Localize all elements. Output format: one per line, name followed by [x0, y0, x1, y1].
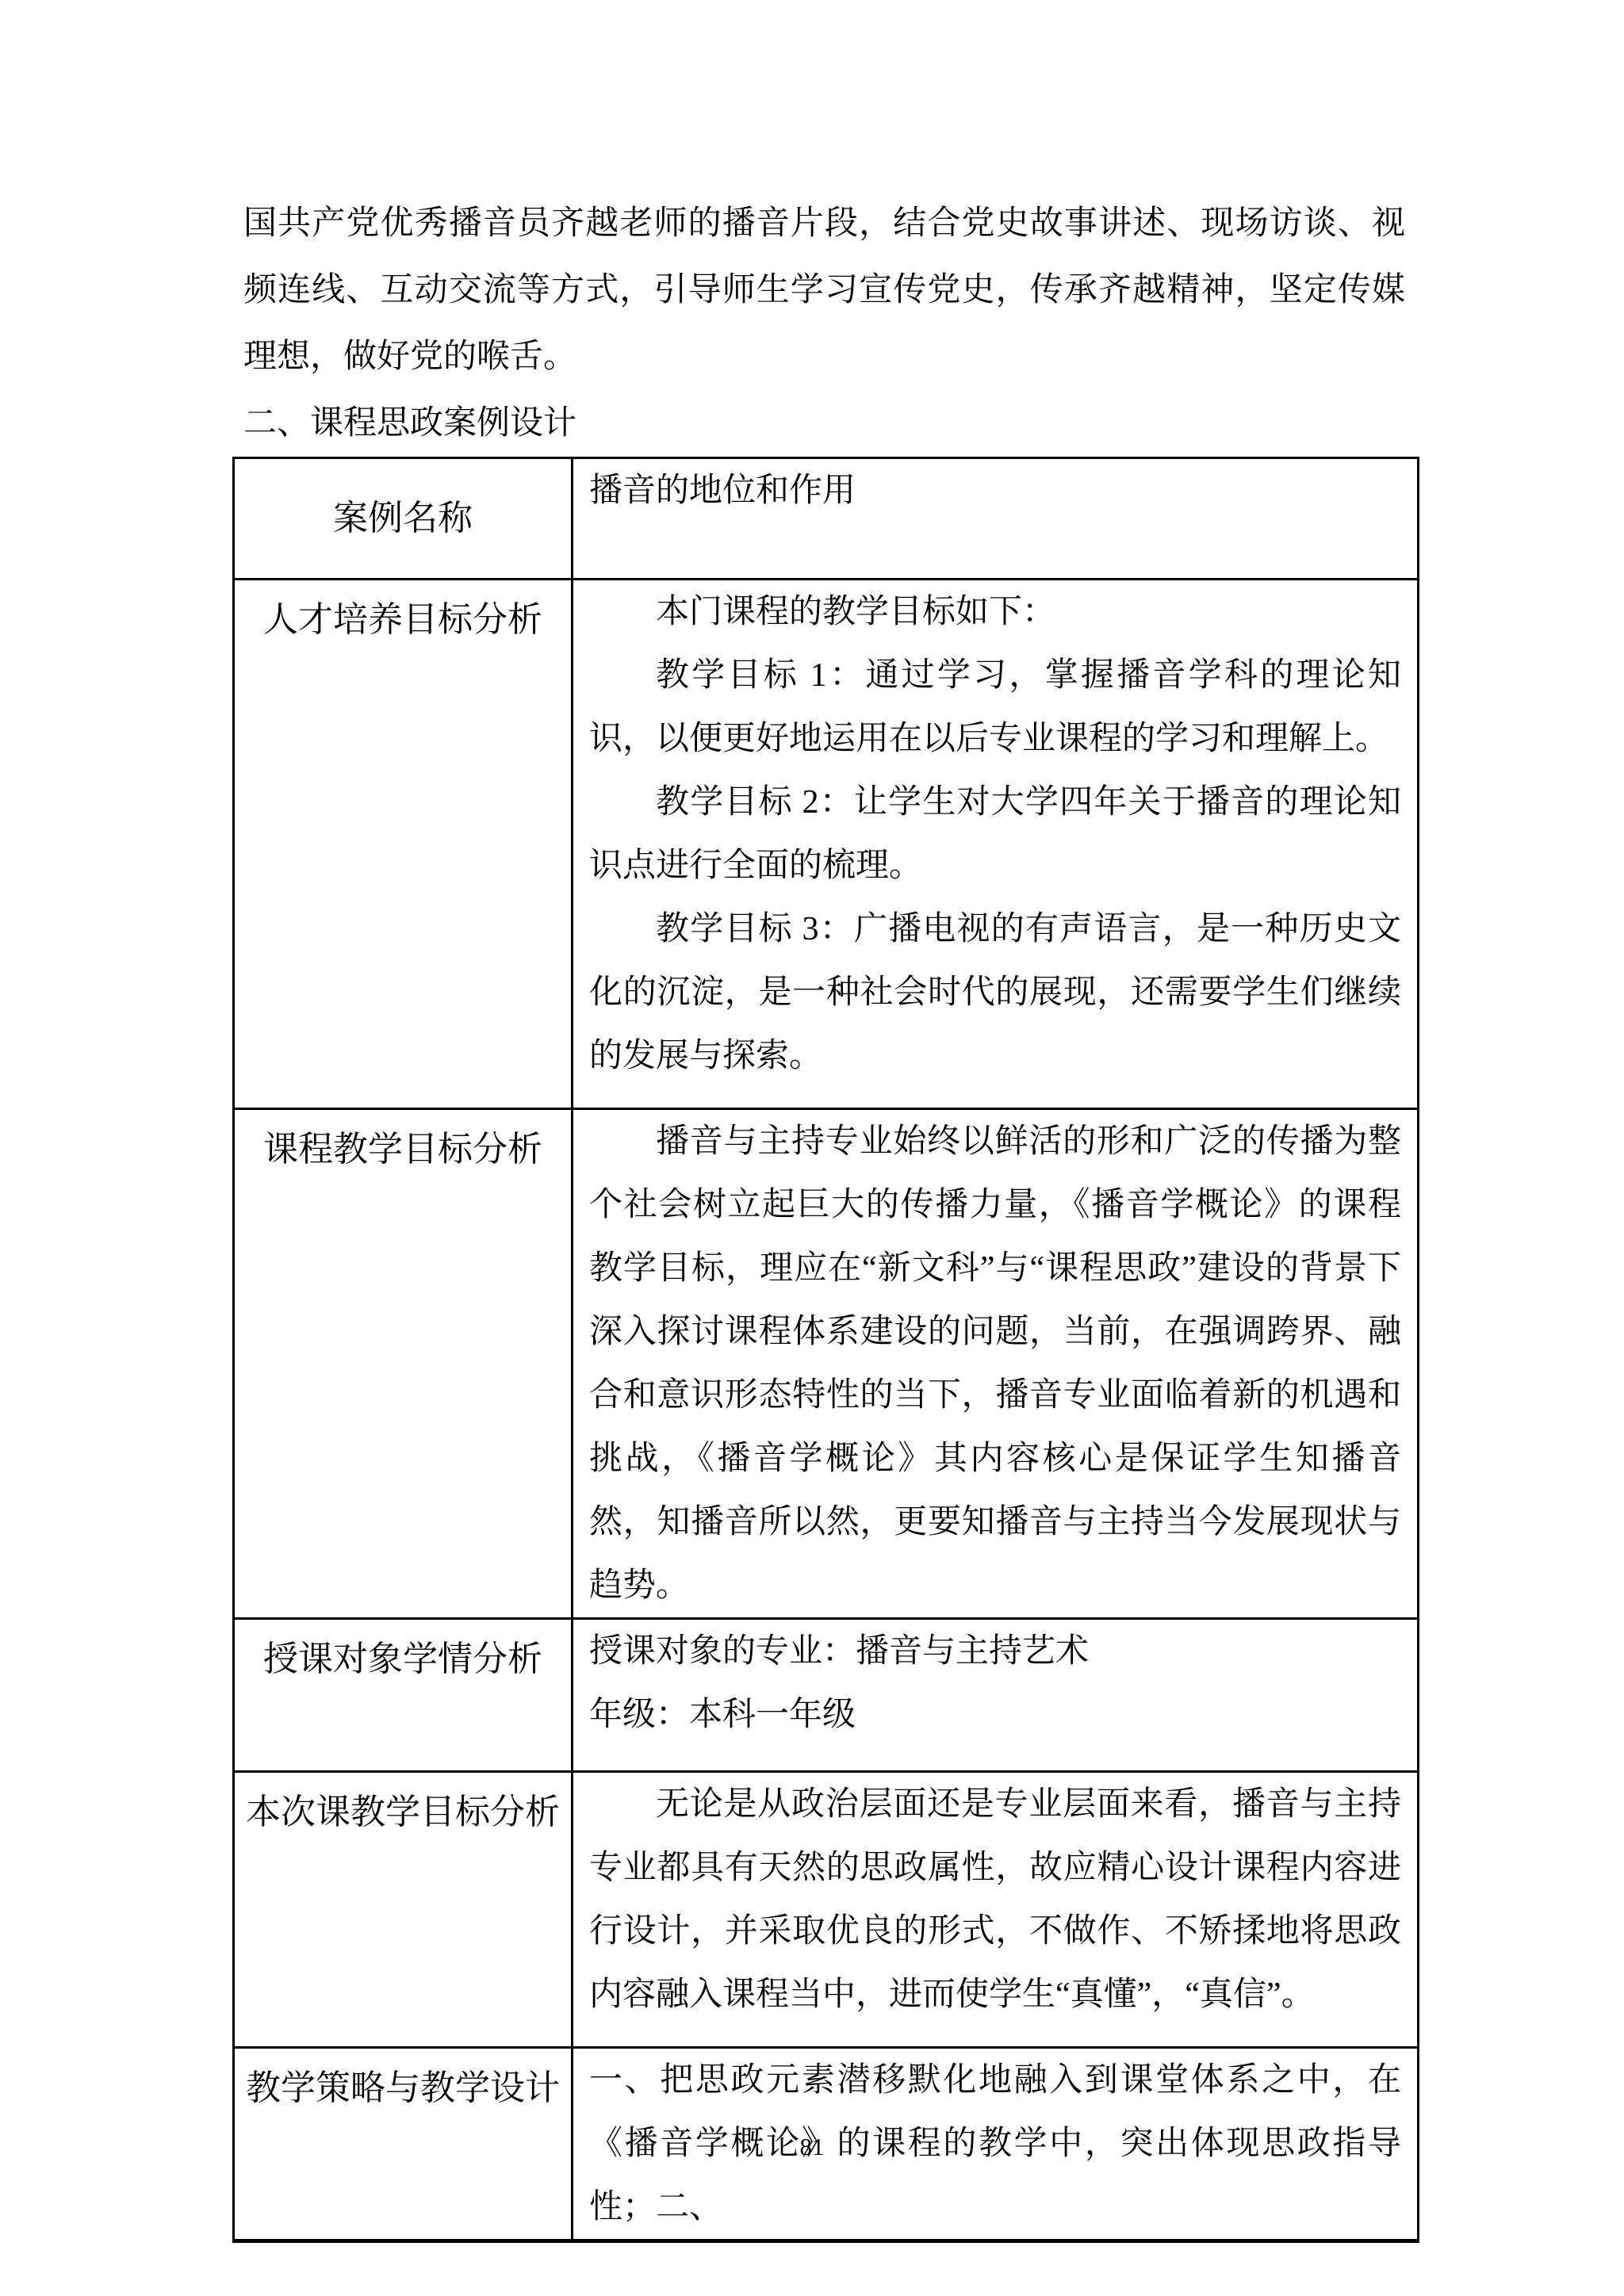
row-content-case-name: 播音的地位和作用: [573, 458, 1419, 580]
cell-paragraph: 教学目标 3：广播电视的有声语言，是一种历史文化的沉淀，是一种社会时代的展现，还…: [589, 897, 1401, 1088]
table-row-course-goal-analysis: 课程教学目标分析 播音与主持专业始终以鲜活的形和广泛的传播为整个社会树立起巨大的…: [234, 1109, 1419, 1619]
row-label-student-analysis: 授课对象学情分析: [234, 1619, 573, 1772]
cell-paragraph: 本门课程的教学目标如下：: [589, 580, 1401, 644]
cell-paragraph: 教学目标 2：让学生对大学四年关于播音的理论知识点进行全面的梳理。: [589, 771, 1401, 897]
table-row-case-name: 案例名称 播音的地位和作用: [234, 458, 1419, 580]
cell-paragraph: 无论是从政治层面还是专业层面来看，播音与主持专业都具有天然的思政属性，故应精心设…: [589, 1773, 1401, 2026]
cell-paragraph: 教学目标 1：通过学习，掌握播音学科的理论知识，以便更好地运用在以后专业课程的学…: [589, 644, 1401, 771]
page-number: 81: [0, 2131, 1624, 2163]
row-content-lesson-goal-analysis: 无论是从政治层面还是专业层面来看，播音与主持专业都具有天然的思政属性，故应精心设…: [573, 1772, 1419, 2048]
page-content: 国共产党优秀播音员齐越老师的播音片段，结合党史故事讲述、现场访谈、视频连线、互动…: [243, 190, 1405, 2243]
cell-paragraph: 年级：本科一年级: [589, 1683, 1401, 1747]
table-row-lesson-goal-analysis: 本次课教学目标分析 无论是从政治层面还是专业层面来看，播音与主持专业都具有天然的…: [234, 1772, 1419, 2048]
intro-paragraph: 国共产党优秀播音员齐越老师的播音片段，结合党史故事讲述、现场访谈、视频连线、互动…: [243, 190, 1405, 390]
cell-paragraph: 播音与主持专业始终以鲜活的形和广泛的传播为整个社会树立起巨大的传播力量，《播音学…: [589, 1110, 1401, 1617]
row-content-student-analysis: 授课对象的专业：播音与主持艺术 年级：本科一年级: [573, 1619, 1419, 1772]
row-label-talent-goal-analysis: 人才培养目标分析: [234, 580, 573, 1109]
row-label-case-name: 案例名称: [234, 458, 573, 580]
row-label-course-goal-analysis: 课程教学目标分析: [234, 1109, 573, 1619]
table-row-talent-goal-analysis: 人才培养目标分析 本门课程的教学目标如下： 教学目标 1：通过学习，掌握播音学科…: [234, 580, 1419, 1109]
section-heading: 二、课程思政案例设计: [243, 390, 1405, 457]
row-label-lesson-goal-analysis: 本次课教学目标分析: [234, 1772, 573, 2048]
table-row-student-analysis: 授课对象学情分析 授课对象的专业：播音与主持艺术 年级：本科一年级: [234, 1619, 1419, 1772]
document-page: 国共产党优秀播音员齐越老师的播音片段，结合党史故事讲述、现场访谈、视频连线、互动…: [0, 0, 1624, 2296]
cell-paragraph: 播音的地位和作用: [589, 459, 1401, 522]
course-ideology-case-table: 案例名称 播音的地位和作用 人才培养目标分析 本门课程的教学目标如下： 教学目标…: [232, 457, 1419, 2243]
row-content-talent-goal-analysis: 本门课程的教学目标如下： 教学目标 1：通过学习，掌握播音学科的理论知识，以便更…: [573, 580, 1419, 1109]
cell-paragraph: 授课对象的专业：播音与主持艺术: [589, 1620, 1401, 1683]
row-content-course-goal-analysis: 播音与主持专业始终以鲜活的形和广泛的传播为整个社会树立起巨大的传播力量，《播音学…: [573, 1109, 1419, 1619]
